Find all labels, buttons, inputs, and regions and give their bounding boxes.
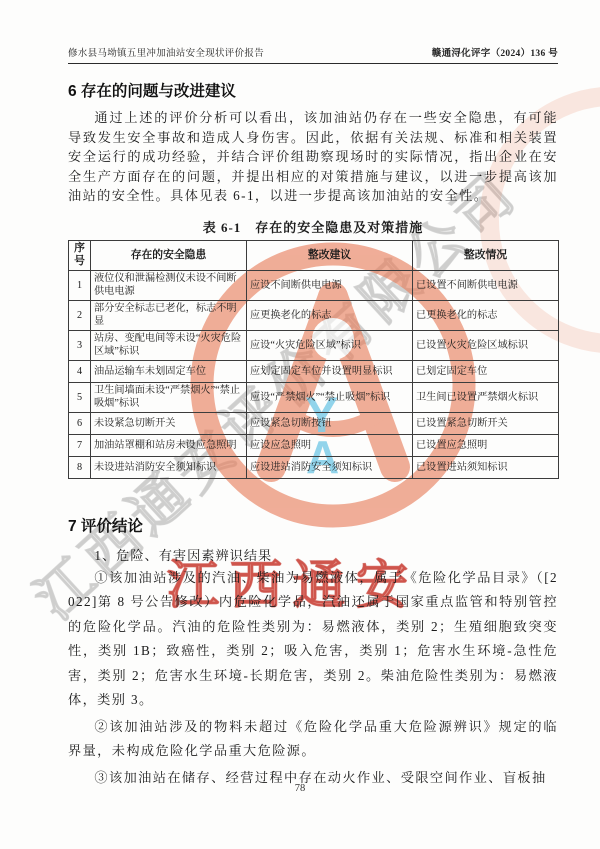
cell-hazard: 卫生间墙面未设“严禁烟火”“禁止吸烟”标识 [91, 382, 247, 412]
cell-suggestion: 应设“火灾危险区域”标识 [247, 330, 413, 360]
document-page: 江西通安评价有限公司 Y A 江西通安 修水县马坳镇五里冲加油站安全现状评价报告… [0, 0, 600, 849]
table-row: 6 未设紧急切断开关 应设紧急切断按钮 已设置紧急切断开关 [69, 412, 559, 434]
table-header-row: 序号 存在的安全隐患 整改建议 整改情况 [69, 240, 559, 270]
table-row: 7 加油站罩棚和站房未设应急照明 应设应急照明 已设置应急照明 [69, 434, 559, 456]
cell-status: 已设置紧急切断开关 [413, 412, 559, 434]
cell-status: 已划定固定车位 [413, 360, 559, 382]
cell-serial: 4 [69, 360, 91, 382]
cell-hazard: 未设紧急切断开关 [91, 412, 247, 434]
cell-serial: 7 [69, 434, 91, 456]
running-header: 修水县马坳镇五里冲加油站安全现状评价报告 赣通浔化评字（2024）136 号 [68, 0, 558, 64]
table-row: 8 未设进站消防安全须知标识 应设进站消防安全须知标识 已设置进站须知标识 [69, 456, 559, 478]
cell-serial: 2 [69, 300, 91, 330]
cell-hazard: 部分安全标志已老化，标志不明显 [91, 300, 247, 330]
col-header-suggestion: 整改建议 [247, 240, 413, 270]
cell-status: 已设置不间断供电电源 [413, 270, 559, 300]
col-header-serial: 序号 [69, 240, 91, 270]
section-7-paragraph-1: ①该加油站涉及的汽油、柴油为易燃液体，属于《危险化学品目录》（[2022]第 8… [68, 566, 558, 713]
cell-serial: 8 [69, 456, 91, 478]
cell-status: 已设置火灾危险区域标识 [413, 330, 559, 360]
cell-hazard: 未设进站消防安全须知标识 [91, 456, 247, 478]
cell-status: 卫生间已设置严禁烟火标识 [413, 382, 559, 412]
section-6-paragraph: 通过上述的评价分析可以看出，该加油站仍存在一些安全隐患，有可能导致发生安全事故和… [68, 108, 558, 206]
cell-status: 已更换老化的标志 [413, 300, 559, 330]
page-content: 修水县马坳镇五里冲加油站安全现状评价报告 赣通浔化评字（2024）136 号 6… [68, 0, 558, 790]
cell-hazard: 液位仪和泄漏检测仪未设不间断供电电源 [91, 270, 247, 300]
header-document-number: 赣通浔化评字（2024）136 号 [432, 45, 558, 59]
section-7-item-1-heading: 1、危险、有害因素辨识结果 [68, 545, 558, 564]
cell-serial: 5 [69, 382, 91, 412]
cell-status: 已设置进站须知标识 [413, 456, 559, 478]
table-row: 4 油品运输车未划固定车位 应划定固定车位并设置明显标识 已划定固定车位 [69, 360, 559, 382]
cell-status: 已设置应急照明 [413, 434, 559, 456]
cell-hazard: 站房、变配电间等未设“火灾危险区域”标识 [91, 330, 247, 360]
cell-suggestion: 应更换老化的标志 [247, 300, 413, 330]
header-report-title: 修水县马坳镇五里冲加油站安全现状评价报告 [68, 45, 264, 59]
cell-suggestion: 应设不间断供电电源 [247, 270, 413, 300]
cell-serial: 6 [69, 412, 91, 434]
page-number: 78 [0, 783, 600, 794]
table-caption: 表 6-1 存在的安全隐患及对策措施 [68, 217, 558, 236]
section-6-title: 6 存在的问题与改进建议 [68, 79, 558, 101]
col-header-hazard: 存在的安全隐患 [91, 240, 247, 270]
cell-suggestion: 应设“严禁烟火”“禁止吸烟”标识 [247, 382, 413, 412]
cell-hazard: 加油站罩棚和站房未设应急照明 [91, 434, 247, 456]
table-row: 2 部分安全标志已老化，标志不明显 应更换老化的标志 已更换老化的标志 [69, 300, 559, 330]
cell-serial: 3 [69, 330, 91, 360]
cell-suggestion: 应设进站消防安全须知标识 [247, 456, 413, 478]
cell-hazard: 油品运输车未划固定车位 [91, 360, 247, 382]
cell-suggestion: 应设紧急切断按钮 [247, 412, 413, 434]
table-row: 3 站房、变配电间等未设“火灾危险区域”标识 应设“火灾危险区域”标识 已设置火… [69, 330, 559, 360]
col-header-status: 整改情况 [413, 240, 559, 270]
section-7-title: 7 评价结论 [68, 514, 558, 536]
cell-suggestion: 应设应急照明 [247, 434, 413, 456]
table-row: 5 卫生间墙面未设“严禁烟火”“禁止吸烟”标识 应设“严禁烟火”“禁止吸烟”标识… [69, 382, 559, 412]
table-body: 1 液位仪和泄漏检测仪未设不间断供电电源 应设不间断供电电源 已设置不间断供电电… [69, 270, 559, 478]
cell-suggestion: 应划定固定车位并设置明显标识 [247, 360, 413, 382]
cell-serial: 1 [69, 270, 91, 300]
table-row: 1 液位仪和泄漏检测仪未设不间断供电电源 应设不间断供电电源 已设置不间断供电电… [69, 270, 559, 300]
section-7-paragraph-2: ②该加油站涉及的物料未超过《危险化学品重大危险源辨识》规定的临界量，未构成危险化… [68, 715, 558, 764]
hazard-table: 序号 存在的安全隐患 整改建议 整改情况 1 液位仪和泄漏检测仪未设不间断供电电… [68, 240, 559, 479]
